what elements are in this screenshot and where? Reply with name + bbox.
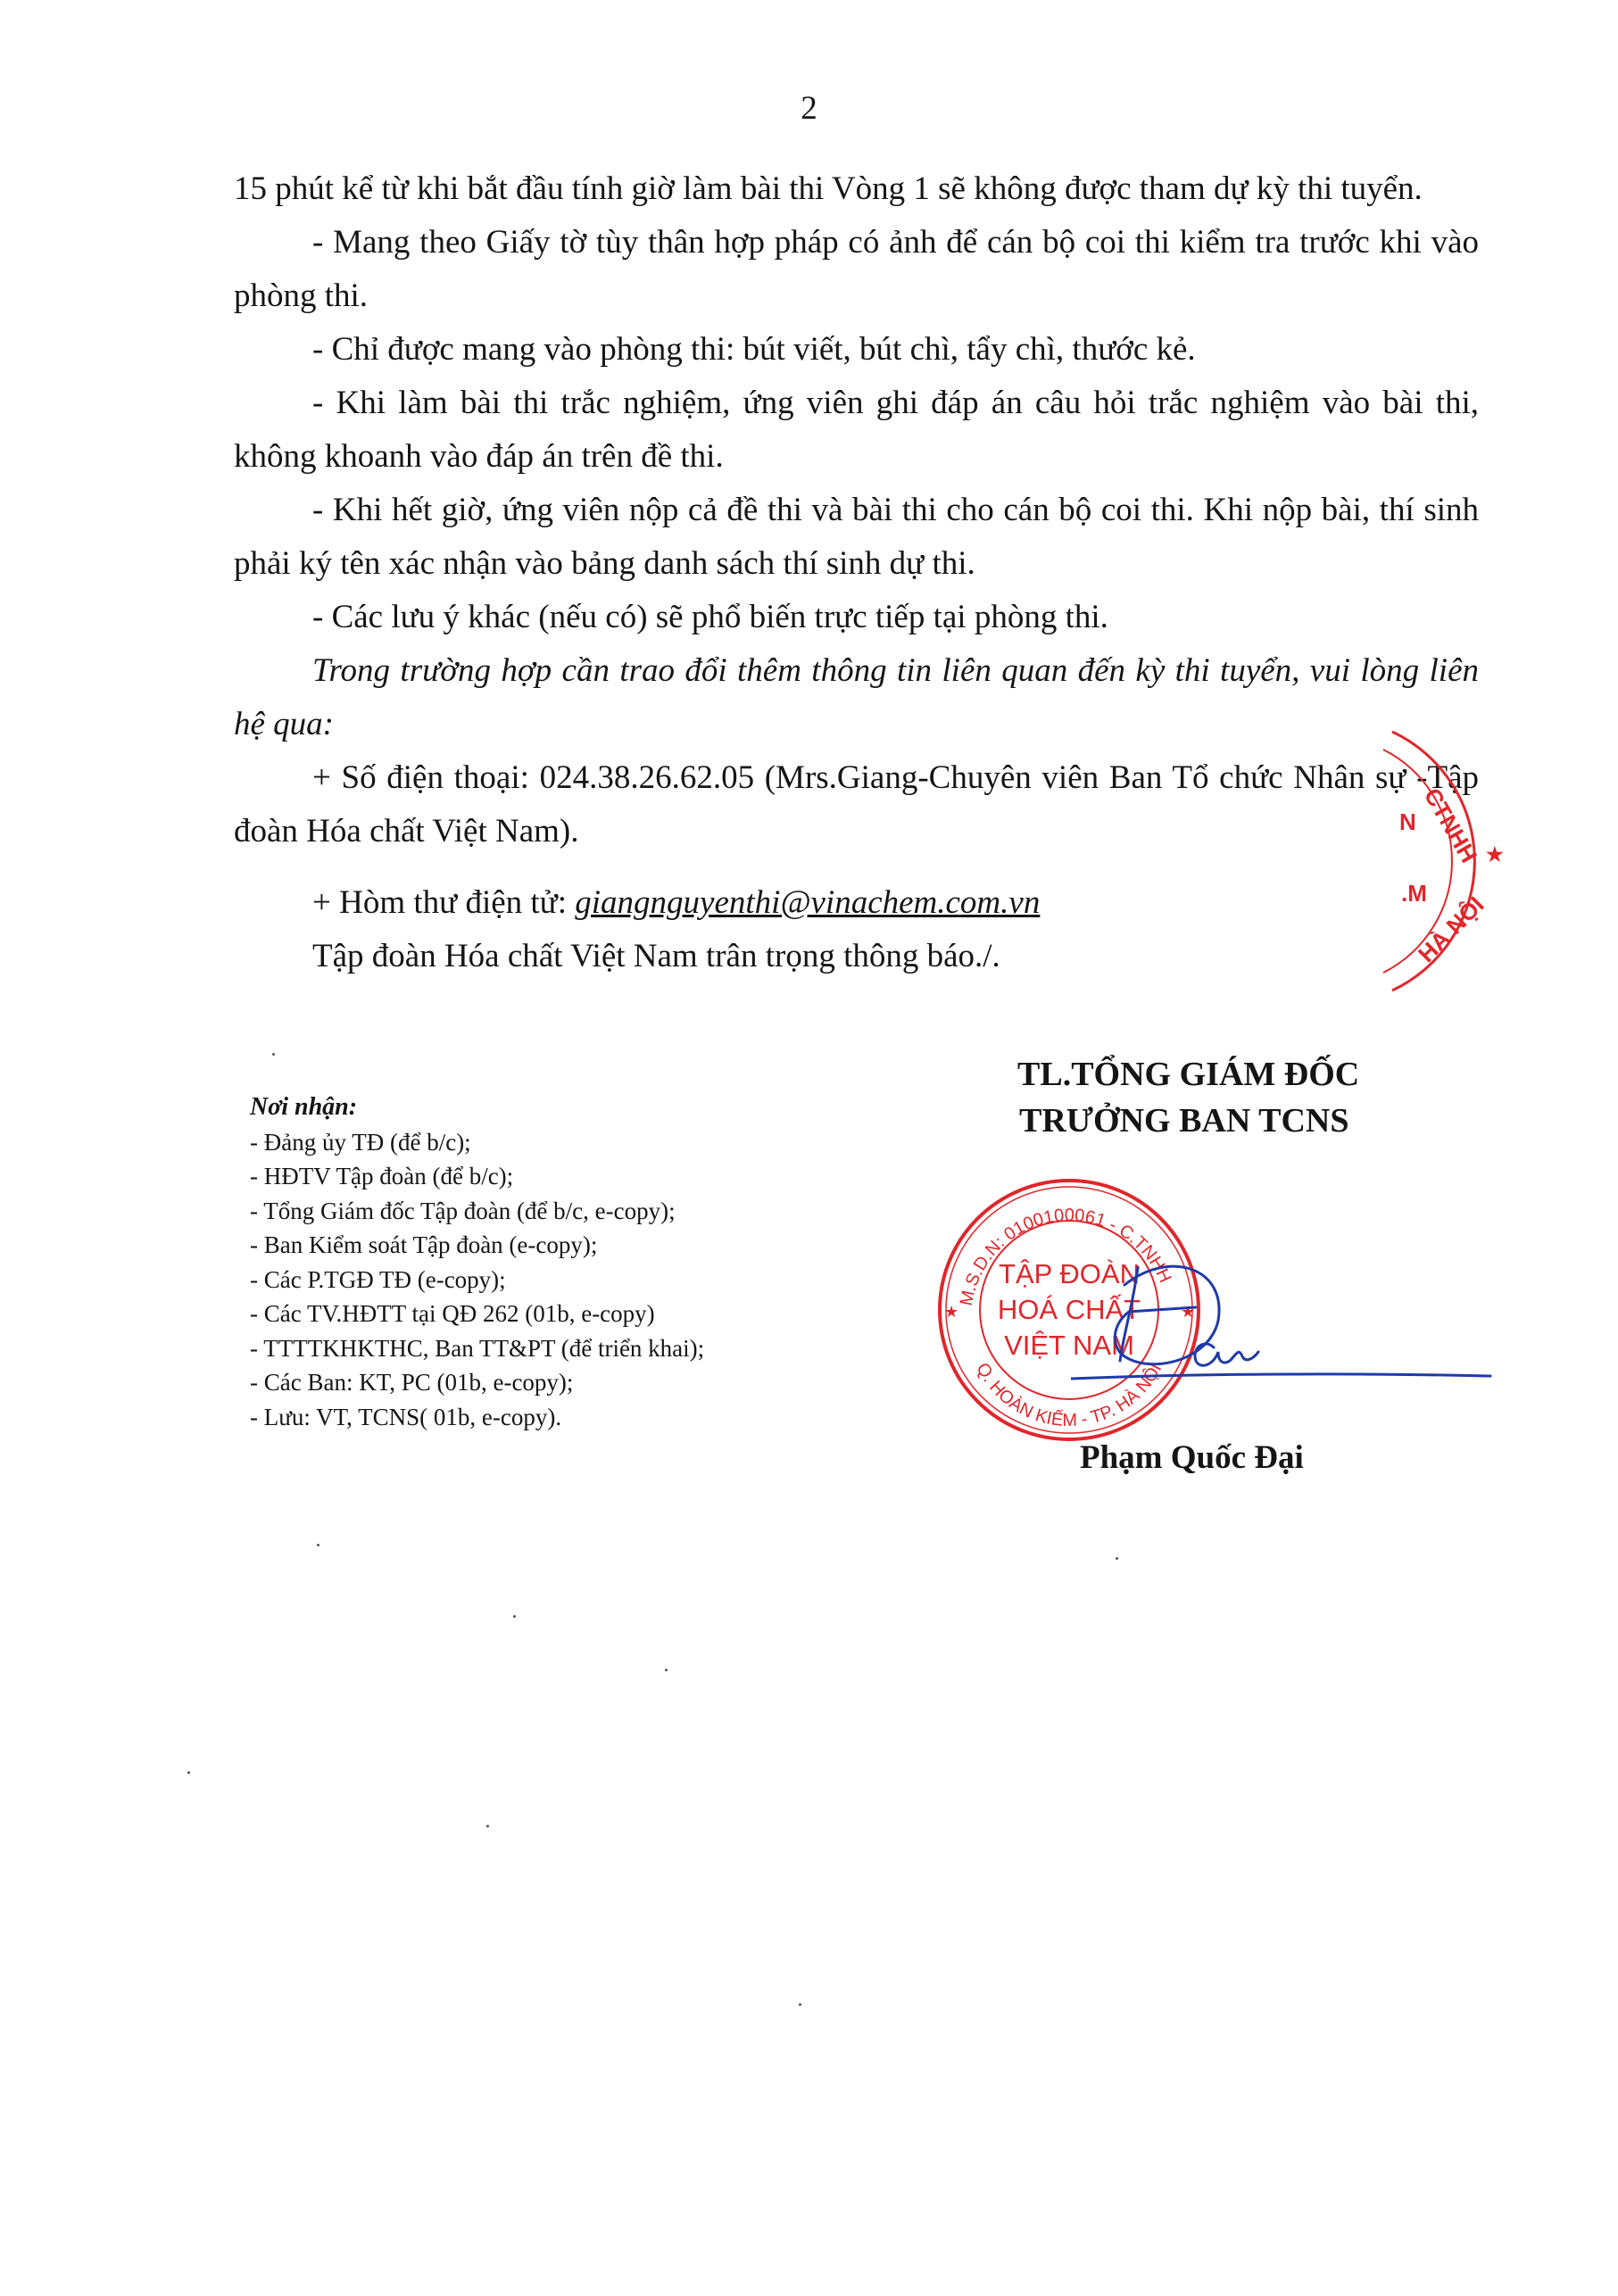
svg-text:N: N xyxy=(1399,808,1416,835)
recipient-item: - Đảng ủy TĐ (để b/c); xyxy=(250,1125,857,1160)
scan-speck xyxy=(799,2003,801,2006)
bullet-other-notes: - Các lưu ý khác (nếu có) sẽ phổ biến tr… xyxy=(234,591,1479,644)
scan-speck xyxy=(187,1771,190,1774)
page-number: 2 xyxy=(0,89,1618,128)
contact-intro: Trong trường hợp cần trao đổi thêm thông… xyxy=(234,644,1479,751)
bullet-id-documents: - Mang theo Giấy tờ tùy thân hợp pháp có… xyxy=(234,216,1479,323)
bullet-multiple-choice: - Khi làm bài thi trắc nghiệm, ứng viên … xyxy=(234,377,1479,484)
handwritten-signature-icon xyxy=(1071,1249,1499,1410)
document-body: 15 phút kể từ khi bắt đầu tính giờ làm b… xyxy=(234,162,1479,983)
signature-block: TL.TỔNG GIÁM ĐỐC TRƯỞNG BAN TCNS xyxy=(964,1051,1517,1144)
scan-speck xyxy=(665,1669,668,1671)
bullet-submission: - Khi hết giờ, ứng viên nộp cả đề thi và… xyxy=(234,484,1479,591)
recipient-item: - Lưu: VT, TCNS( 01b, e-copy). xyxy=(250,1400,857,1435)
scan-speck xyxy=(1116,1557,1118,1560)
recipients-block: Nơi nhận: - Đảng ủy TĐ (để b/c); - HĐTV … xyxy=(250,1090,857,1434)
recipients-title: Nơi nhận: xyxy=(250,1090,857,1125)
svg-text:★: ★ xyxy=(944,1303,958,1321)
scan-speck xyxy=(317,1544,319,1546)
closing-statement: Tập đoàn Hóa chất Việt Nam trân trọng th… xyxy=(234,930,1479,983)
svg-text:.M: .M xyxy=(1401,880,1427,907)
scan-speck xyxy=(486,1825,489,1828)
scan-speck xyxy=(272,1053,275,1056)
recipient-item: - Các Ban: KT, PC (01b, e-copy); xyxy=(250,1365,857,1400)
signer-authority: TL.TỔNG GIÁM ĐỐC xyxy=(1017,1051,1517,1098)
recipient-item: - Ban Kiểm soát Tập đoàn (e-copy); xyxy=(250,1228,857,1263)
stamp-edge-icon: CTNHH N .M HÀ NỘI ★ xyxy=(1374,723,1535,999)
signer-name: Phạm Quốc Đại xyxy=(1080,1438,1304,1477)
svg-text:CTNHH: CTNHH xyxy=(1419,783,1482,867)
email-label: + Hòm thư điện tử: xyxy=(312,884,575,921)
contact-phone: + Số điện thoại: 024.38.26.62.05 (Mrs.Gi… xyxy=(234,751,1479,858)
recipient-item: - Tổng Giám đốc Tập đoàn (để b/c, e-copy… xyxy=(250,1194,857,1229)
contact-email-line: + Hòm thư điện tử: giangnguyenthi@vinach… xyxy=(234,876,1479,930)
svg-text:★: ★ xyxy=(1486,843,1504,866)
recipient-item: - TTTTKHKTHC, Ban TT&PT (để triển khai); xyxy=(250,1331,857,1366)
recipient-item: - Các TV.HĐTT tại QĐ 262 (01b, e-copy) xyxy=(250,1297,857,1331)
bullet-allowed-items: - Chỉ được mang vào phòng thi: bút viết,… xyxy=(234,323,1479,377)
email-link[interactable]: giangnguyenthi@vinachem.com.vn xyxy=(575,884,1040,921)
recipient-item: - Các P.TGĐ TĐ (e-copy); xyxy=(250,1263,857,1297)
recipients-list: - Đảng ủy TĐ (để b/c); - HĐTV Tập đoàn (… xyxy=(250,1125,857,1435)
paragraph-continuation: 15 phút kể từ khi bắt đầu tính giờ làm b… xyxy=(234,162,1479,216)
signer-position: TRƯỞNG BAN TCNS xyxy=(1019,1098,1517,1144)
recipient-item: - HĐTV Tập đoàn (để b/c); xyxy=(250,1159,857,1194)
scan-speck xyxy=(513,1615,516,1618)
